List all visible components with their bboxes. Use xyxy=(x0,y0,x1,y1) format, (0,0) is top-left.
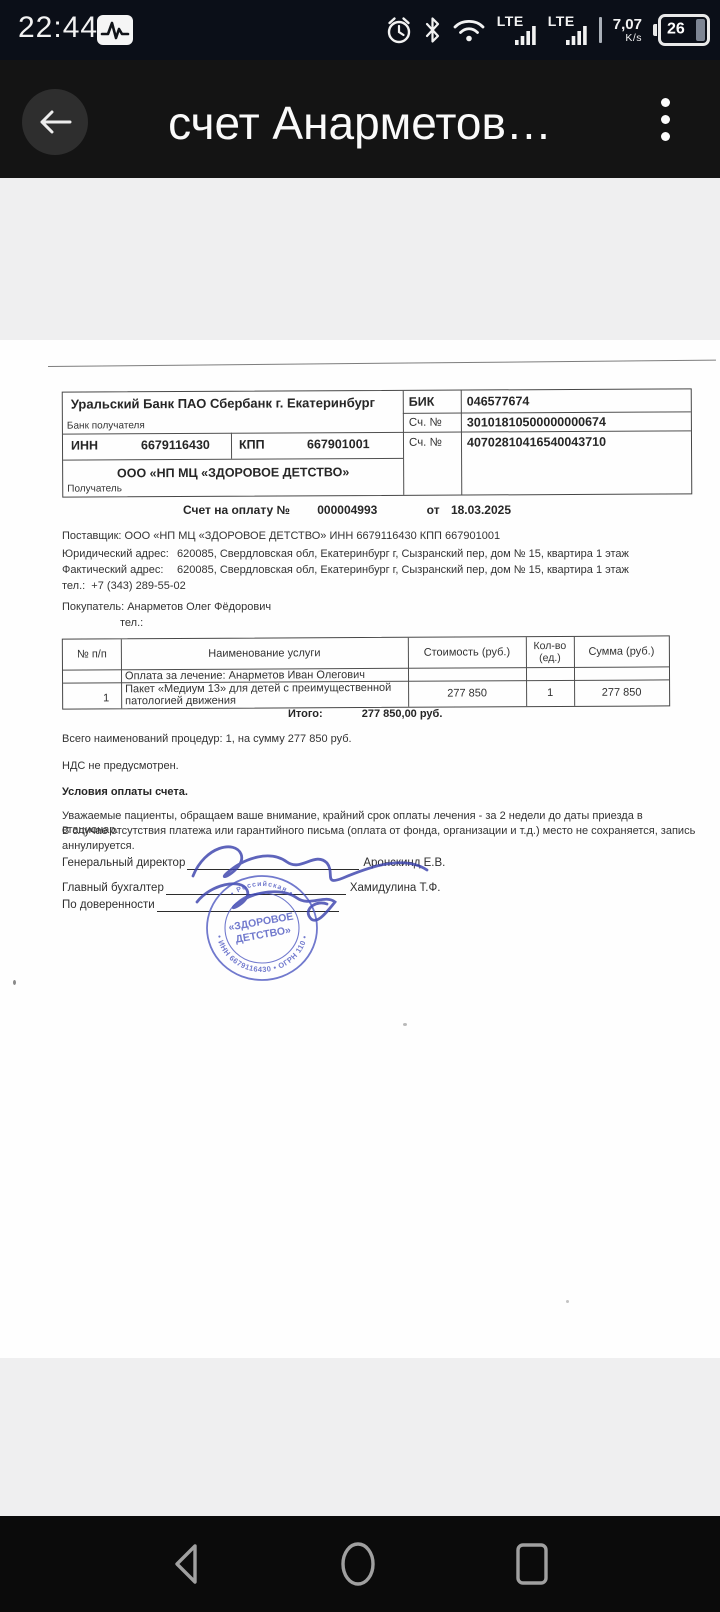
svg-text:• Российская •: • Российская • xyxy=(230,880,295,898)
signal-bars-sim1 xyxy=(515,26,537,45)
dot-icon xyxy=(661,115,670,124)
speed-unit: K/s xyxy=(613,33,642,44)
document-viewer[interactable]: Уральский Банк ПАО Сбербанк г. Екатеринб… xyxy=(0,178,720,1516)
status-icons: LTE LTE 7,07 K/s 26 xyxy=(385,0,710,60)
kpp-value: 667901001 xyxy=(307,437,370,453)
signal-sim2: LTE xyxy=(548,12,588,48)
waveform-icon xyxy=(100,19,130,41)
battery-fill xyxy=(696,19,705,41)
col-header-sum: Сумма (руб.) xyxy=(574,645,669,659)
service-row2-name2: патологией движения xyxy=(125,695,236,709)
nav-home-button[interactable] xyxy=(336,1540,380,1588)
company-stamp: • Российская • • ИНН 6679116430 • ОГРН 1… xyxy=(198,868,326,986)
recipient-label: Получатель xyxy=(67,483,122,496)
battery-body: 26 xyxy=(658,14,710,46)
corr-account-value: 30101810500000000674 xyxy=(467,415,606,431)
buyer-block: Покупатель: Анарметов Олег Фёдорович тел… xyxy=(62,601,271,631)
invoice-title-line: Счет на оплату № 000004993 от 18.03.2025 xyxy=(183,503,511,518)
document-page: Уральский Банк ПАО Сбербанк г. Екатеринб… xyxy=(0,340,720,1358)
inn-value: 6679116430 xyxy=(141,438,210,454)
service-row2-num: 1 xyxy=(103,692,109,706)
invoice-of-label: от xyxy=(427,503,440,517)
service-row2-sum: 277 850 xyxy=(574,686,669,700)
buyer-phone: тел.: xyxy=(120,617,271,631)
supplier-block: Поставщик: ООО «НП МЦ «ЗДОРОВОЕ ДЕТСТВО»… xyxy=(62,530,692,594)
bank-requisites-table: Уральский Банк ПАО Сбербанк г. Екатеринб… xyxy=(62,388,693,497)
dot-icon xyxy=(661,132,670,141)
actual-address-label: Фактический адрес: xyxy=(62,564,177,578)
supplier-phone: тел.: +7 (343) 289-55-02 xyxy=(62,580,692,594)
status-bar: 22:44 LTE xyxy=(0,0,720,60)
dot-icon xyxy=(661,98,670,107)
total-label: Итого: xyxy=(288,708,323,720)
battery-icon: 26 xyxy=(653,14,710,46)
app-bar: счет Анарметов… xyxy=(0,60,720,178)
total-line: Итого: 277 850,00 руб. xyxy=(62,708,668,722)
col-header-name: Наименование услуги xyxy=(121,647,408,662)
supplier-line: Поставщик: ООО «НП МЦ «ЗДОРОВОЕ ДЕТСТВО»… xyxy=(62,530,692,544)
stamp-ring-top-text: • Российская • xyxy=(230,880,295,898)
director-label: Генеральный директор xyxy=(62,856,185,870)
col-header-price: Стоимость (руб.) xyxy=(408,646,526,660)
scan-speck xyxy=(403,1023,407,1026)
col-header-num: № п/п xyxy=(63,648,121,662)
page-title: счет Анарметов… xyxy=(0,96,720,150)
scan-speck xyxy=(566,1300,569,1303)
inn-label: ИНН xyxy=(71,438,98,454)
recipient-name: ООО «НП МЦ «ЗДОРОВОЕ ДЕТСТВО» xyxy=(63,465,403,482)
actual-address-value: 620085, Свердловская обл, Екатеринбург г… xyxy=(177,564,629,578)
bank-name: Уральский Банк ПАО Сбербанк г. Екатеринб… xyxy=(71,395,375,413)
service-row2-qty: 1 xyxy=(526,687,574,701)
battery-nub xyxy=(653,24,657,36)
overflow-menu-button[interactable] xyxy=(661,98,670,141)
buyer-line: Покупатель: Анарметов Олег Фёдорович xyxy=(62,601,271,615)
legal-address-value: 620085, Свердловская обл, Екатеринбург г… xyxy=(177,548,629,562)
summary-line: Всего наименований процедур: 1, на сумму… xyxy=(62,733,352,747)
corr-account-label: Сч. № xyxy=(409,416,442,431)
attorney-label: По доверенности xyxy=(62,898,155,912)
account-label: Сч. № xyxy=(409,436,442,451)
nav-back-icon xyxy=(168,1540,204,1588)
bluetooth-icon xyxy=(424,15,441,45)
kpp-label: КПП xyxy=(239,438,265,454)
wifi-icon xyxy=(452,16,486,44)
back-button[interactable] xyxy=(22,89,88,155)
col-header-qty-unit: (ед.) xyxy=(526,652,574,665)
accountant-label: Главный бухгалтер xyxy=(62,881,164,895)
services-table: № п/п Наименование услуги Стоимость (руб… xyxy=(62,635,670,709)
back-arrow-icon xyxy=(36,107,74,137)
total-value: 277 850,00 руб. xyxy=(362,708,443,720)
nav-back-button[interactable] xyxy=(168,1540,204,1588)
bik-value: 046577674 xyxy=(467,394,530,410)
vat-line: НДС не предусмотрен. xyxy=(62,760,179,774)
network-speed: 7,07 K/s xyxy=(613,17,642,44)
signal-sim1: LTE xyxy=(497,12,537,48)
terms-paragraph-2a: В случае отсутствия платежа или гарантий… xyxy=(62,825,702,839)
nav-recents-icon xyxy=(512,1540,552,1588)
speed-value: 7,07 xyxy=(613,17,642,32)
bik-label: БИК xyxy=(409,395,435,411)
invoice-title: Счет на оплату № xyxy=(183,503,290,517)
activity-monitor-icon xyxy=(97,15,133,45)
signal-bars-sim2 xyxy=(566,26,588,45)
nav-recents-button[interactable] xyxy=(512,1540,552,1588)
bank-label: Банк получателя xyxy=(67,420,145,433)
status-separator xyxy=(599,17,602,43)
scan-edge-line xyxy=(48,360,716,367)
service-row2-price: 277 850 xyxy=(408,687,526,701)
scan-speck xyxy=(13,980,16,985)
battery-percent: 26 xyxy=(667,21,685,39)
nav-home-icon xyxy=(336,1540,380,1588)
status-time: 22:44 xyxy=(18,11,98,45)
terms-title: Условия оплаты счета. xyxy=(62,786,188,800)
phone-screen: 22:44 LTE xyxy=(0,0,720,1612)
navigation-bar xyxy=(0,1516,720,1612)
account-value: 40702810416540043710 xyxy=(467,435,606,451)
invoice-date: 18.03.2025 xyxy=(451,503,511,517)
terms-paragraph-2b: аннулируется. xyxy=(62,840,135,854)
legal-address-label: Юридический адрес: xyxy=(62,548,177,562)
invoice-number: 000004993 xyxy=(317,503,377,517)
alarm-clock-icon xyxy=(385,15,413,45)
